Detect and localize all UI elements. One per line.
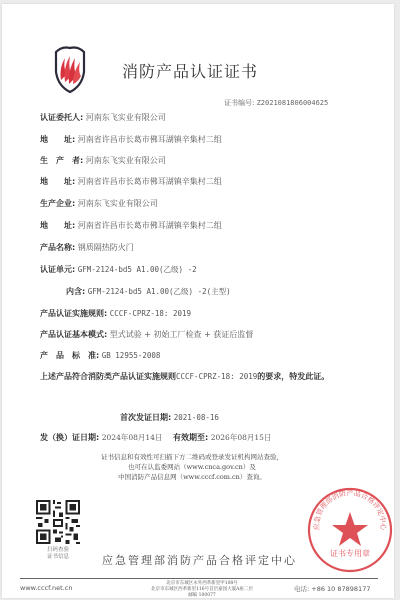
verification-note: 证书信息和有效性可扫描下方二维码或登录发证机构网站查验， 也可在认监委网站（ww… [42, 452, 342, 482]
field-label: 认证委托人: [40, 112, 83, 123]
field-value: GFM-2124-bd5 A1.00(乙级) -2 [78, 265, 197, 274]
certificate-page: 消防产品认证证书 证书编号: Z2021081806004625 认证委托人: … [2, 4, 394, 598]
certification-statement: 上述产品符合消防类产品认证实施规则CCCF-CPRZ-18: 2019的要求，特… [40, 366, 340, 388]
certificate-number-label: 证书编号: [224, 99, 254, 107]
field-label: 生 产 者: [40, 155, 83, 166]
certificate-number: 证书编号: Z2021081806004625 [224, 98, 328, 108]
field-value: 河南省许昌市长葛市佛耳湖镇辛集村二组 [78, 177, 222, 186]
official-seal-icon: 应急管理部消防产品合格评定中心 证书专用章 [306, 486, 394, 574]
field-factory-address: 地 址: 河南省许昌市长葛市佛耳湖镇辛集村二组 [40, 220, 222, 231]
shield-flame-logo-icon [50, 44, 90, 94]
field-label: 地 址: [40, 134, 75, 145]
field-label: 产品认证实施规则: [40, 308, 107, 319]
verification-line: 中国消防产品信息网（www.cccf.com.cn）查询。 [42, 472, 342, 482]
field-label: 地 址: [40, 220, 75, 231]
field-value: 型式试验 + 初始工厂检查 + 获证后监督 [110, 330, 254, 339]
field-implementation-rule: 产品认证实施规则: CCCF-CPRZ-18: 2019 [40, 308, 191, 319]
svg-text:证书专用章: 证书专用章 [330, 548, 370, 558]
issuing-organization: 应急管理部消防产品合格评定中心 [102, 552, 297, 568]
field-label: 产 品 标 准: [40, 350, 99, 361]
field-label: 地 址: [40, 176, 75, 187]
field-factory: 生产企业: 河南东飞实业有限公司 [40, 198, 158, 209]
verification-line: 也可在认监委网站（www.cnca.gov.cn）及 [42, 462, 342, 472]
footer-address-line: 邮编 100077 [112, 593, 292, 599]
qr-caption-line: 证书信息 [36, 554, 80, 561]
field-cert-mode: 产品认证基本模式: 型式试验 + 初始工厂检查 + 获证后监督 [40, 329, 253, 340]
field-manufacturer: 生 产 者: 河南东飞实业有限公司 [40, 155, 166, 166]
field-value: 河南东飞实业有限公司 [78, 199, 158, 208]
footer-phone: 电话: +86 10 87898177 [294, 584, 370, 593]
footer-address: 北京市东城区永外西革新里甲108号 北京市东城区西革新里116号首层嘉园大厦A座… [112, 581, 292, 599]
field-label: 产品名称: [40, 242, 75, 253]
field-value: CCCF-CPRZ-18: 2019 [110, 309, 191, 318]
qr-code-caption: 扫码查验 证书信息 [36, 547, 80, 561]
field-label: 认证单元: [40, 264, 75, 275]
verification-line: 证书信息和有效性可扫描下方二维码或登录发证机构网站查验， [42, 452, 342, 462]
field-applicant: 认证委托人: 河南东飞实业有限公司 [40, 112, 166, 123]
field-value: 河南东飞实业有限公司 [86, 156, 166, 165]
qr-code-icon[interactable] [36, 500, 80, 544]
qr-caption-line: 扫码查验 [36, 547, 80, 554]
field-product-standard: 产 品 标 准: GB 12955-2008 [40, 350, 160, 361]
footer-website: www.cccf.net.cn [20, 584, 72, 592]
field-value: 河南省许昌市长葛市佛耳湖镇辛集村二组 [78, 221, 222, 230]
field-value: 钢质隔热防火门 [78, 243, 134, 252]
field-label: 产品认证基本模式: [40, 329, 107, 340]
field-product-name: 产品名称: 钢质隔热防火门 [40, 242, 134, 253]
first-issue-label: 首次发证日期: [120, 413, 171, 422]
statement-prefix: 上述产品符合消防类产品认证实施规则 [40, 372, 176, 381]
field-applicant-address: 地 址: 河南省许昌市长葛市佛耳湖镇辛集村二组 [40, 134, 222, 145]
valid-until-value: 2026年08月15日 [211, 433, 272, 442]
field-manufacturer-address: 地 址: 河南省许昌市长葛市佛耳湖镇辛集村二组 [40, 176, 222, 187]
issue-validity-line: 发（换）证日期: 2024年08月14日 有效期至: 2026年08月15日 [40, 432, 271, 443]
certificate-number-value: Z2021081806004625 [257, 99, 329, 107]
field-cert-unit: 认证单元: GFM-2124-bd5 A1.00(乙级) -2 [40, 264, 197, 275]
field-label: 内含: [66, 286, 85, 297]
valid-until-label: 有效期至: [173, 433, 208, 442]
first-issue-value: 2021-08-16 [174, 413, 219, 422]
field-value: 河南省许昌市长葛市佛耳湖镇辛集村二组 [78, 135, 222, 144]
field-value: 河南东飞实业有限公司 [86, 113, 166, 122]
field-label: 生产企业: [40, 198, 75, 209]
first-issue-date: 首次发证日期: 2021-08-16 [120, 412, 219, 423]
footer-divider [20, 578, 378, 579]
statement-suffix: 的要求，特发此证。 [257, 372, 329, 381]
reissue-label: 发（换）证日期: [40, 433, 99, 442]
reissue-value: 2024年08月14日 [102, 433, 163, 442]
field-value: GB 12955-2008 [102, 351, 161, 360]
field-includes: 内含: GFM-2124-bd5 A1.00(乙级) -2(主型) [66, 286, 231, 297]
statement-rule: CCCF-CPRZ-18: 2019 [176, 372, 257, 381]
field-value: GFM-2124-bd5 A1.00(乙级) -2(主型) [88, 287, 231, 296]
certificate-title: 消防产品认证证书 [122, 59, 258, 82]
